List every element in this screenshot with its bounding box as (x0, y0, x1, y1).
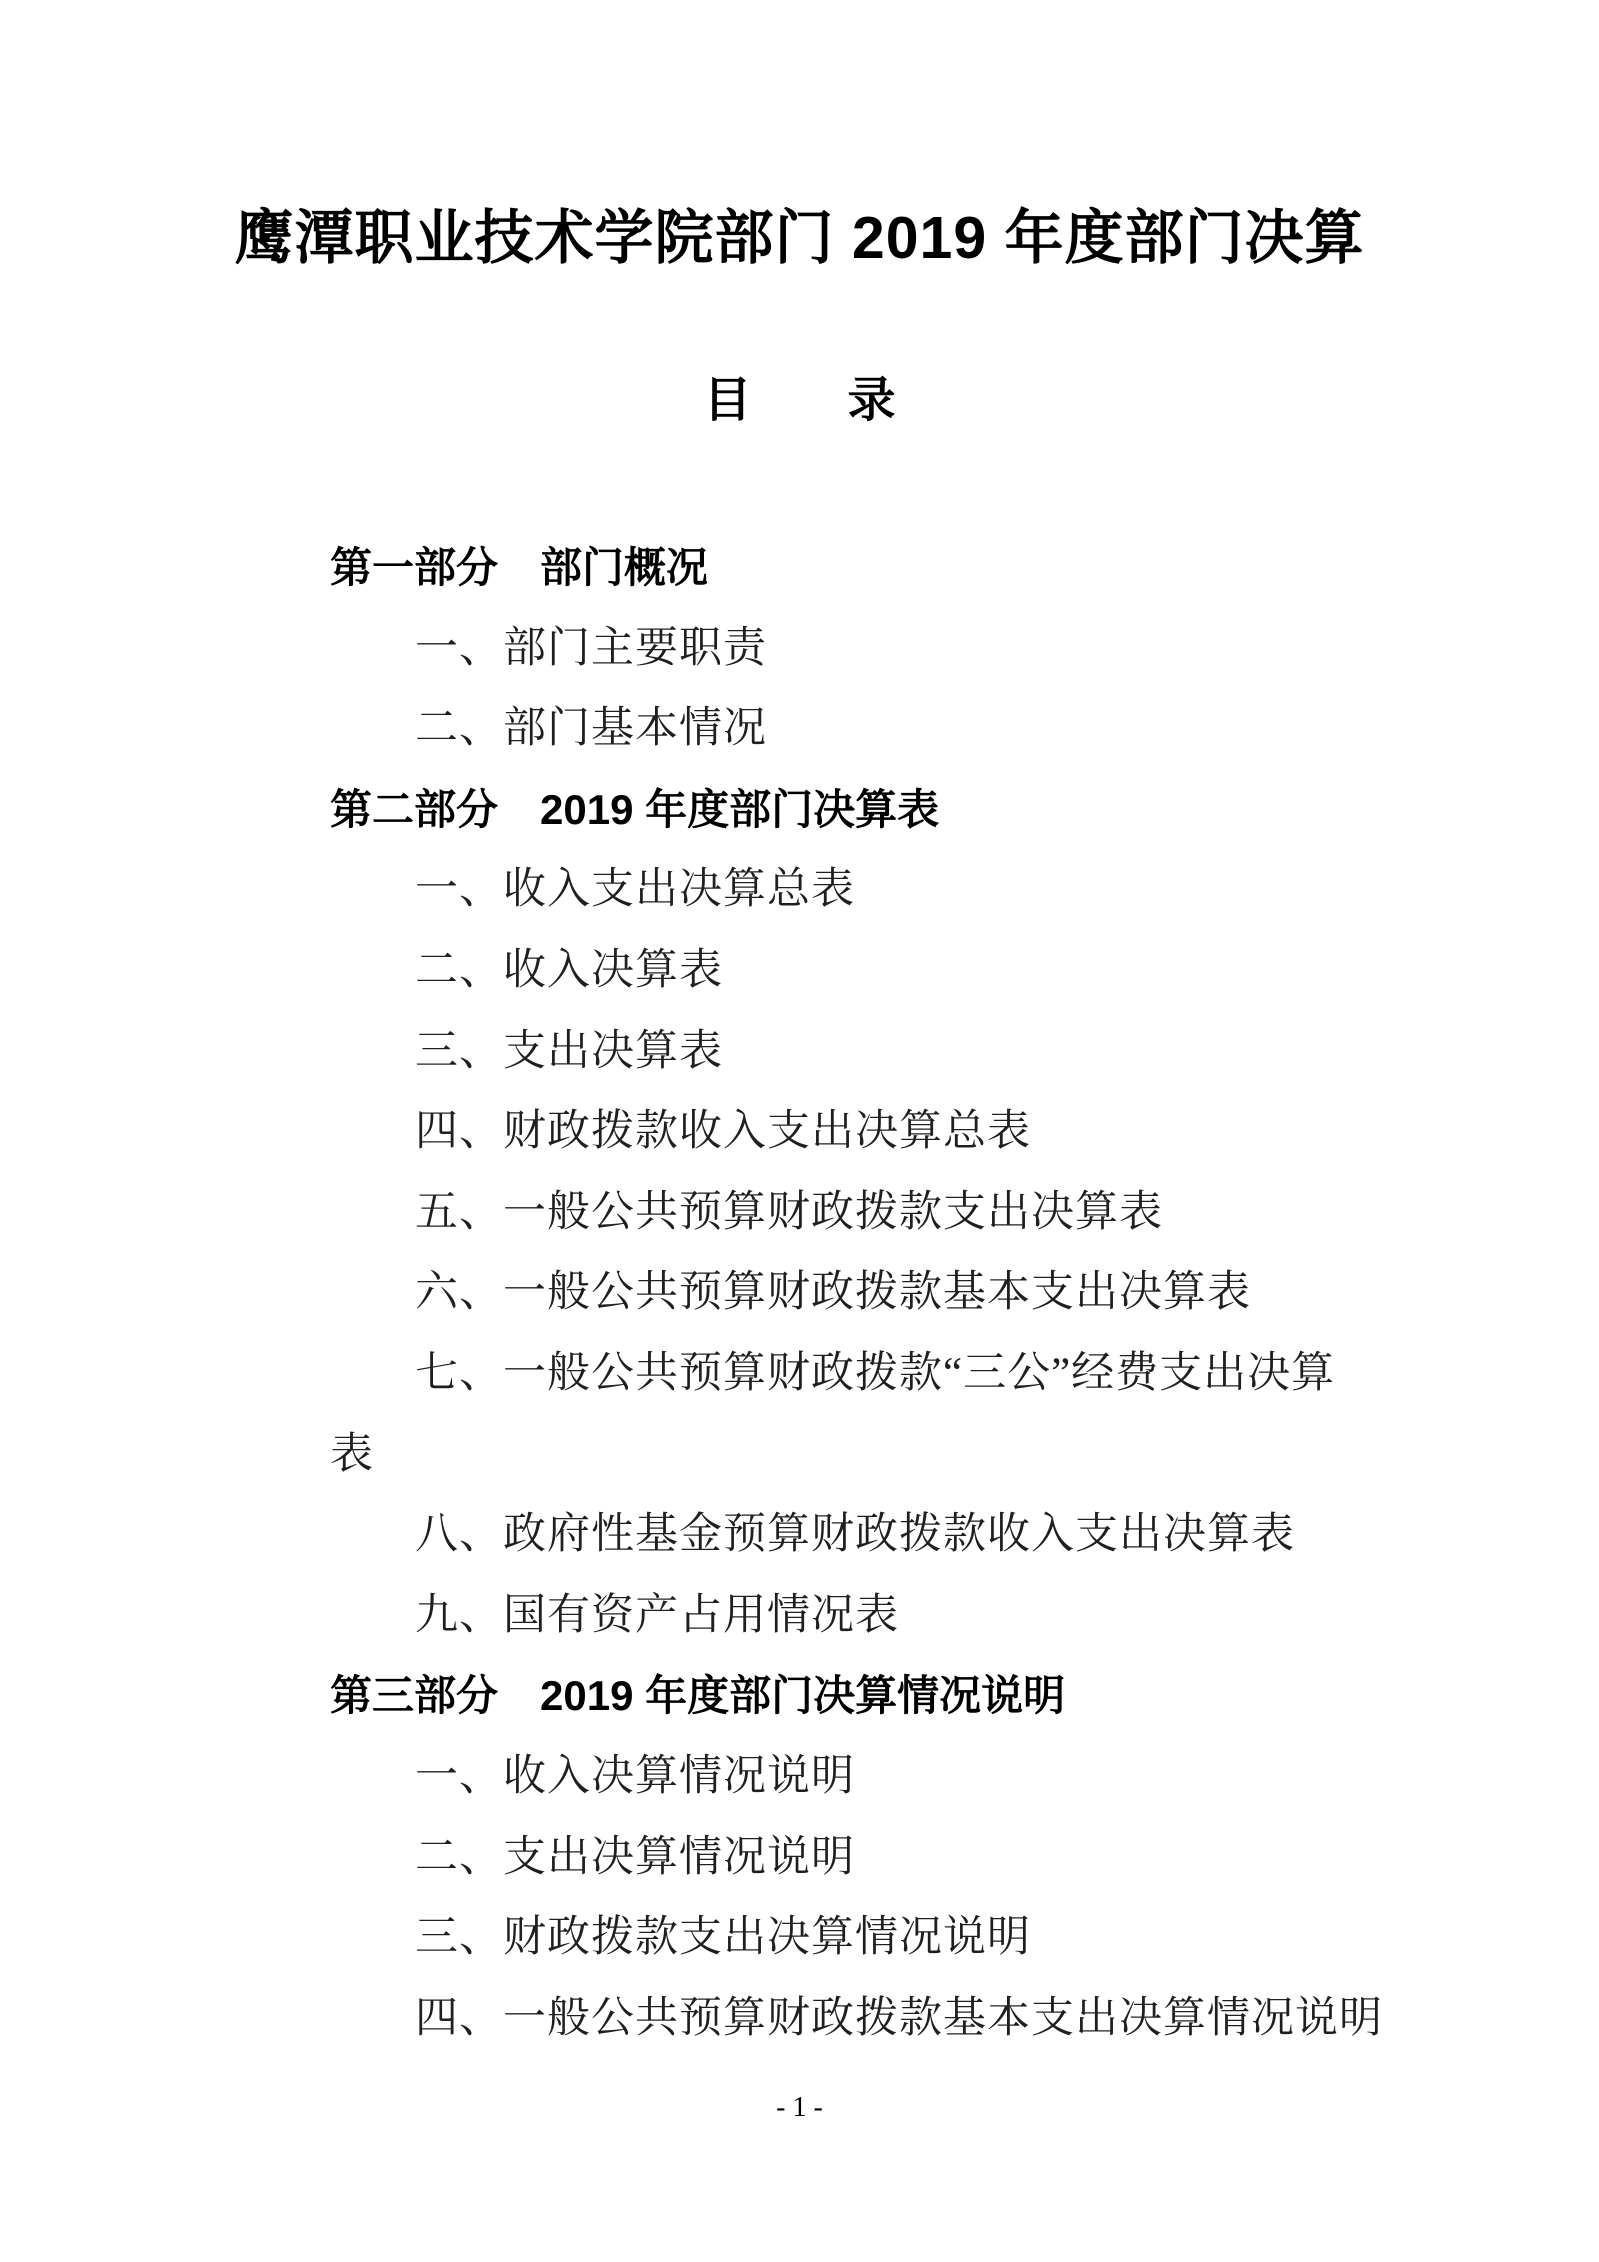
table-of-contents: 第一部分 部门概况 一、部门主要职责 二、部门基本情况 第二部分 2019 年度… (330, 528, 1570, 2059)
toc-entry: 四、一般公共预算财政拨款基本支出决算情况说明 (330, 1979, 1570, 2060)
toc-entry: 三、财政拨款支出决算情况说明 (330, 1898, 1570, 1979)
toc-entry: 一、收入支出决算总表 (330, 850, 1570, 931)
toc-entry: 七、一般公共预算财政拨款“三公”经费支出决算 (330, 1334, 1570, 1415)
document-title-year: 部门 2019 年度部门决算 (714, 205, 1364, 271)
toc-section-1-heading: 第一部分 部门概况 (330, 528, 1570, 609)
toc-entry: 一、收入决算情况说明 (330, 1737, 1570, 1818)
toc-entry: 三、支出决算表 (330, 1012, 1570, 1093)
toc-entry: 六、一般公共预算财政拨款基本支出决算表 (330, 1253, 1570, 1334)
toc-section-3-heading: 第三部分 2019 年度部门决算情况说明 (330, 1656, 1570, 1737)
document-title-org: 鹰潭职业技术学院 (234, 205, 714, 271)
document-title: 鹰潭职业技术学院部门 2019 年度部门决算 (0, 198, 1599, 278)
toc-entry: 二、支出决算情况说明 (330, 1818, 1570, 1899)
toc-entry-continuation: 表 (330, 1415, 1570, 1496)
toc-entry: 四、财政拨款收入支出决算总表 (330, 1092, 1570, 1173)
toc-entry: 八、政府性基金预算财政拨款收入支出决算表 (330, 1495, 1570, 1576)
page-number: - 1 - (0, 2088, 1599, 2128)
toc-section-2-heading: 第二部分 2019 年度部门决算表 (330, 770, 1570, 851)
toc-entry: 一、部门主要职责 (330, 609, 1570, 690)
toc-entry: 五、一般公共预算财政拨款支出决算表 (330, 1173, 1570, 1254)
document-page: 鹰潭职业技术学院部门 2019 年度部门决算 目 录 第一部分 部门概况 一、部… (0, 0, 1599, 2262)
toc-entry: 二、部门基本情况 (330, 689, 1570, 770)
toc-entry: 九、国有资产占用情况表 (330, 1576, 1570, 1657)
catalog-heading: 目 录 (0, 366, 1599, 436)
toc-entry: 二、收入决算表 (330, 931, 1570, 1012)
